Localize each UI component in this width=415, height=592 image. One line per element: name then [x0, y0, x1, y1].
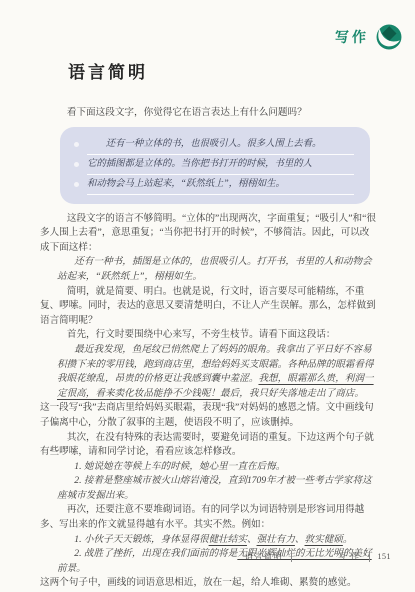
text-segment: 简明，就是简要、明白。也就是说，行文时，语言要尽可能精练，不重复、啰嗦。同时，表… [40, 286, 376, 326]
text-segment: 首先，行文时要围绕中心来写，不旁生枝节。请看下面这段话： [67, 329, 336, 340]
text-segment: 这段文字的语言不够简明。“立体的”出现两次，字面重复；“吸引人”和“很多人围上去… [40, 213, 376, 253]
footer-chapter-group: 语言简明 [245, 551, 292, 562]
note-line-text: 它的插图都是立体的。当你把书打开的时候，书里的人 [87, 155, 354, 175]
body-paragraphs: 这段文字的语言不够简明。“立体的”出现两次，字面重复；“吸引人”和“很多人围上去… [40, 212, 376, 591]
footer-divider [291, 551, 292, 562]
paragraph: 再次，还要注意不要堆砌词语。有的同学以为词语特别是形容词用得越多、写出来的作文就… [40, 503, 376, 532]
paragraph: 这段文字的语言不够简明。“立体的”出现两次，字面重复；“吸引人”和“很多人围上去… [40, 212, 376, 256]
underlined-segment: 健壮结实 [209, 534, 247, 545]
paragraph: 这一段写“我”去商店里给妈妈买眼霜，表现“我”对妈妈的感恩之情。文中画线句子偏离… [40, 401, 376, 430]
paragraph: 2. 接着是整座城市被火山熔岩淹没，直到1709年才被一些考古学家将这座城市发掘… [57, 474, 376, 503]
note-line: 它的插图都是立体的。当你把书打开的时候，书里的人 [74, 155, 354, 175]
text-segment: 2. 接着是整座城市被火山熔岩淹没，直到1709年才被一些考古学家将这座城市发掘… [57, 475, 372, 501]
page-number: 151 [378, 552, 392, 561]
bullet-dot-icon [74, 182, 79, 187]
page-footer: 语言简明 写 作 151 [0, 551, 391, 562]
intro-question: 看下面这段文字，你觉得它在语言表达上有什么问题吗？ [40, 106, 376, 121]
bullet-dot-icon [74, 162, 79, 167]
text-segment: 再次，还要注意不要堆砌词语。有的同学以为词语特别是形容词用得越多、写出来的作文就… [40, 504, 364, 530]
footer-section-group: 写 作 151 [338, 551, 391, 562]
paragraph: 最近我发现，鱼尾纹已悄然爬上了妈妈的眼角。我拿出了平日好不容易积攒下来的零用钱，… [57, 343, 376, 401]
footer-section-label: 写 作 [338, 551, 361, 562]
text-segment: 。 [343, 534, 353, 545]
page-content: 看下面这段文字，你觉得它在语言表达上有什么问题吗？ 还有一种立体的书，也很吸引人… [40, 106, 376, 591]
writing-book-logo-icon [376, 24, 402, 50]
note-line-text: 和动物会马上站起来，“跃然纸上”，栩栩如生。 [87, 175, 354, 195]
note-line-text: 还有一种立体的书，也很吸引人。很多人围上去看。 [87, 135, 354, 155]
paragraph: 首先，行文时要围绕中心来写，不旁生枝节。请看下面这段话： [40, 328, 376, 343]
text-segment: 最后，我只好失落地走出了商店。 [220, 388, 364, 399]
text-segment: 还有一种书，插图是立体的，也很吸引人。打开书，书里的人和动物会站起来，“跃然纸上… [57, 256, 372, 282]
footer-chapter-title: 语言简明 [245, 551, 283, 562]
paragraph: 1. 她说她在等候上车的时候，她心里一直在后悔。 [57, 460, 376, 475]
paragraph: 还有一种书，插图是立体的，也很吸引人。打开书，书里的人和动物会站起来，“跃然纸上… [57, 255, 376, 284]
underlined-segment: 强壮有力 [257, 534, 295, 545]
footer-divider [369, 551, 370, 562]
underlined-segment: 敦实健硕 [305, 534, 343, 545]
text-segment: 这两个句子中，画线的词语意思相近，放在一起，给人堆砌、累赘的感觉。 [40, 577, 357, 588]
note-line: 还有一种立体的书，也很吸引人。很多人围上去看。 [74, 135, 354, 155]
text-segment: 、 [247, 534, 257, 545]
text-segment: 1. 她说她在等候上车的时候，她心里一直在后悔。 [74, 461, 285, 472]
example-note-box: 还有一种立体的书，也很吸引人。很多人围上去看。它的插图都是立体的。当你把书打开的… [60, 127, 370, 204]
section-label: 写作 [335, 27, 369, 47]
section-header: 写作 [335, 24, 402, 50]
textbook-page: 写作 语言简明 看下面这段文字，你觉得它在语言表达上有什么问题吗？ 还有一种立体… [0, 0, 415, 592]
bullet-dot-icon [74, 142, 79, 147]
text-segment: 、 [295, 534, 305, 545]
text-segment: 1. 小伙子天天锻炼，身体显得很 [74, 534, 208, 545]
paragraph: 1. 小伙子天天锻炼，身体显得很健壮结实、强壮有力、敦实健硕。 [57, 533, 376, 548]
text-segment: 其次，在没有特殊的表达需要时，要避免词语的重复。下边这两个句子就有些啰嗦，请和同… [40, 432, 374, 458]
page-title: 语言简明 [68, 58, 148, 83]
note-line: 和动物会马上站起来，“跃然纸上”，栩栩如生。 [74, 175, 354, 195]
text-segment: 这一段写“我”去商店里给妈妈买眼霜，表现“我”对妈妈的感恩之情。文中画线句子偏离… [40, 402, 374, 428]
paragraph: 这两个句子中，画线的词语意思相近，放在一起，给人堆砌、累赘的感觉。 [40, 576, 376, 591]
paragraph: 简明，就是简要、明白。也就是说，行文时，语言要尽可能精练，不重复、啰嗦。同时，表… [40, 285, 376, 329]
paragraph: 其次，在没有特殊的表达需要时，要避免词语的重复。下边这两个句子就有些啰嗦，请和同… [40, 431, 376, 460]
text-segment: 前景。 [57, 563, 86, 574]
